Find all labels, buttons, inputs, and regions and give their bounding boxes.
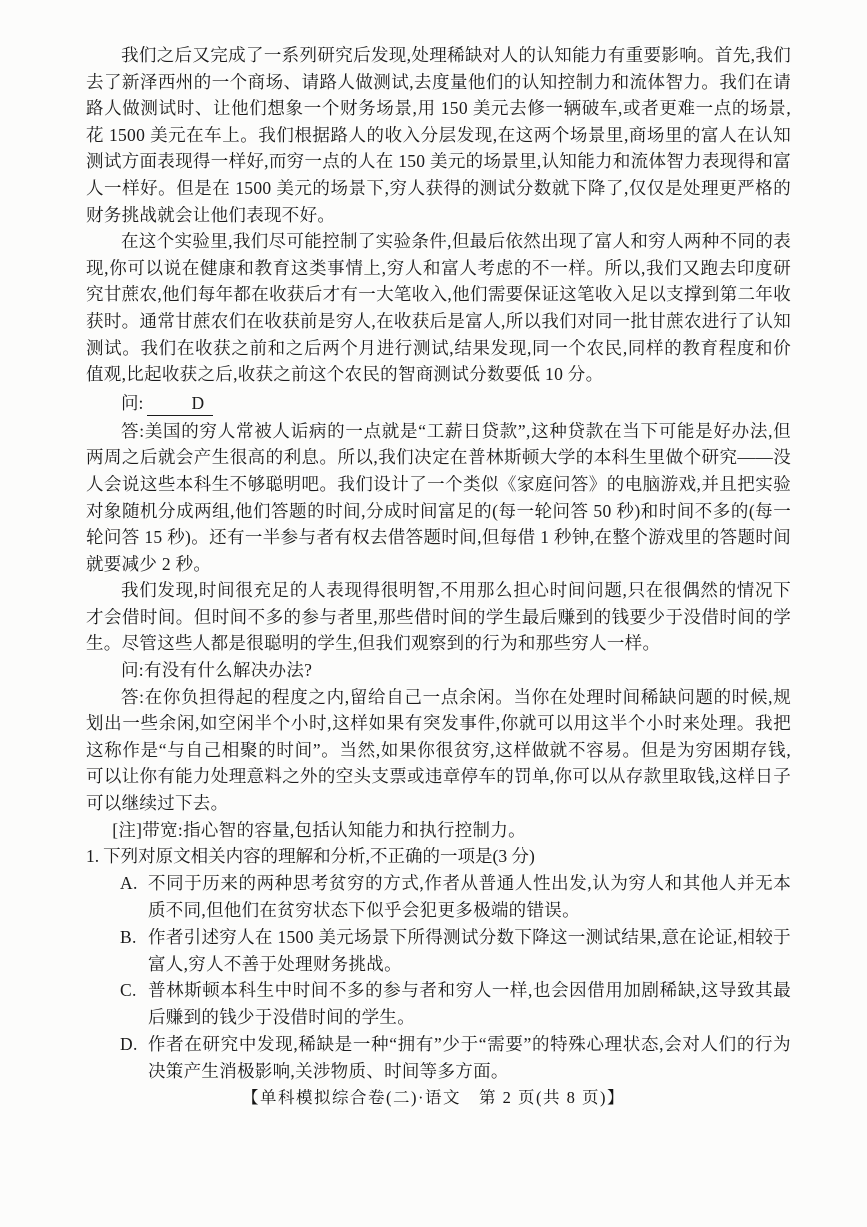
option-a-label: A. — [120, 870, 148, 924]
option-d-text: 作者在研究中发现,稀缺是一种“拥有”少于“需要”的特殊心理状态,会对人们的行为决… — [148, 1031, 791, 1085]
option-b-text: 作者引述穷人在 1500 美元场景下所得测试分数下降这一测试结果,意在论证,相较… — [148, 924, 791, 978]
interview-question-2: 问:有没有什么解决办法? — [86, 657, 791, 684]
question-stem: 1. 下列对原文相关内容的理解和分析,不正确的一项是(3 分) — [86, 843, 791, 870]
option-b-label: B. — [120, 924, 148, 978]
passage-paragraph-1: 我们之后又完成了一系列研究后发现,处理稀缺对人的认知能力有重要影响。首先,我们去… — [86, 42, 791, 228]
interview-question-line: 问:D — [86, 388, 791, 418]
question-number: 1. — [86, 843, 103, 870]
passage-paragraph-3: 答:美国的穷人常被人诟病的一点就是“工薪日贷款”,这种贷款在当下可能是好办法,但… — [86, 418, 791, 578]
answer-letter: D — [192, 393, 205, 413]
option-d: D. 作者在研究中发现,稀缺是一种“拥有”少于“需要”的特殊心理状态,会对人们的… — [120, 1031, 791, 1085]
passage-paragraph-5: 答:在你负担得起的程度之内,留给自己一点余闲。当你在处理时间稀缺问题的时候,规划… — [86, 684, 791, 817]
option-c: C. 普林斯顿本科生中时间不多的参与者和穷人一样,也会因借用加剧稀缺,这导致其最… — [120, 977, 791, 1031]
option-c-text: 普林斯顿本科生中时间不多的参与者和穷人一样,也会因借用加剧稀缺,这导致其最后赚到… — [148, 977, 791, 1031]
footnote: [注]带宽:指心智的容量,包括认知能力和执行控制力。 — [86, 817, 791, 844]
exam-page: 我们之后又完成了一系列研究后发现,处理稀缺对人的认知能力有重要影响。首先,我们去… — [0, 0, 867, 1227]
option-d-label: D. — [120, 1031, 148, 1085]
option-b: B. 作者引述穷人在 1500 美元场景下所得测试分数下降这一测试结果,意在论证… — [120, 924, 791, 978]
question-label: 问: — [121, 393, 143, 413]
options-list: A. 不同于历来的两种思考贫穷的方式,作者从普通人性出发,认为穷人和其他人并无本… — [86, 870, 791, 1084]
page-footer: 【单科模拟综合卷(二)·语文 第 2 页(共 8 页)】 — [0, 1084, 867, 1108]
passage-paragraph-2: 在这个实验里,我们尽可能控制了实验条件,但最后依然出现了富人和穷人两种不同的表现… — [86, 228, 791, 388]
option-c-label: C. — [120, 977, 148, 1031]
question-stem-text: 下列对原文相关内容的理解和分析,不正确的一项是(3 分) — [103, 843, 535, 870]
option-a: A. 不同于历来的两种思考贫穷的方式,作者从普通人性出发,认为穷人和其他人并无本… — [120, 870, 791, 924]
answer-blank: D — [147, 391, 213, 416]
option-a-text: 不同于历来的两种思考贫穷的方式,作者从普通人性出发,认为穷人和其他人并无本质不同… — [148, 870, 791, 924]
passage-paragraph-4: 我们发现,时间很充足的人表现得很明智,不用那么担心时间问题,只在很偶然的情况下才… — [86, 577, 791, 657]
